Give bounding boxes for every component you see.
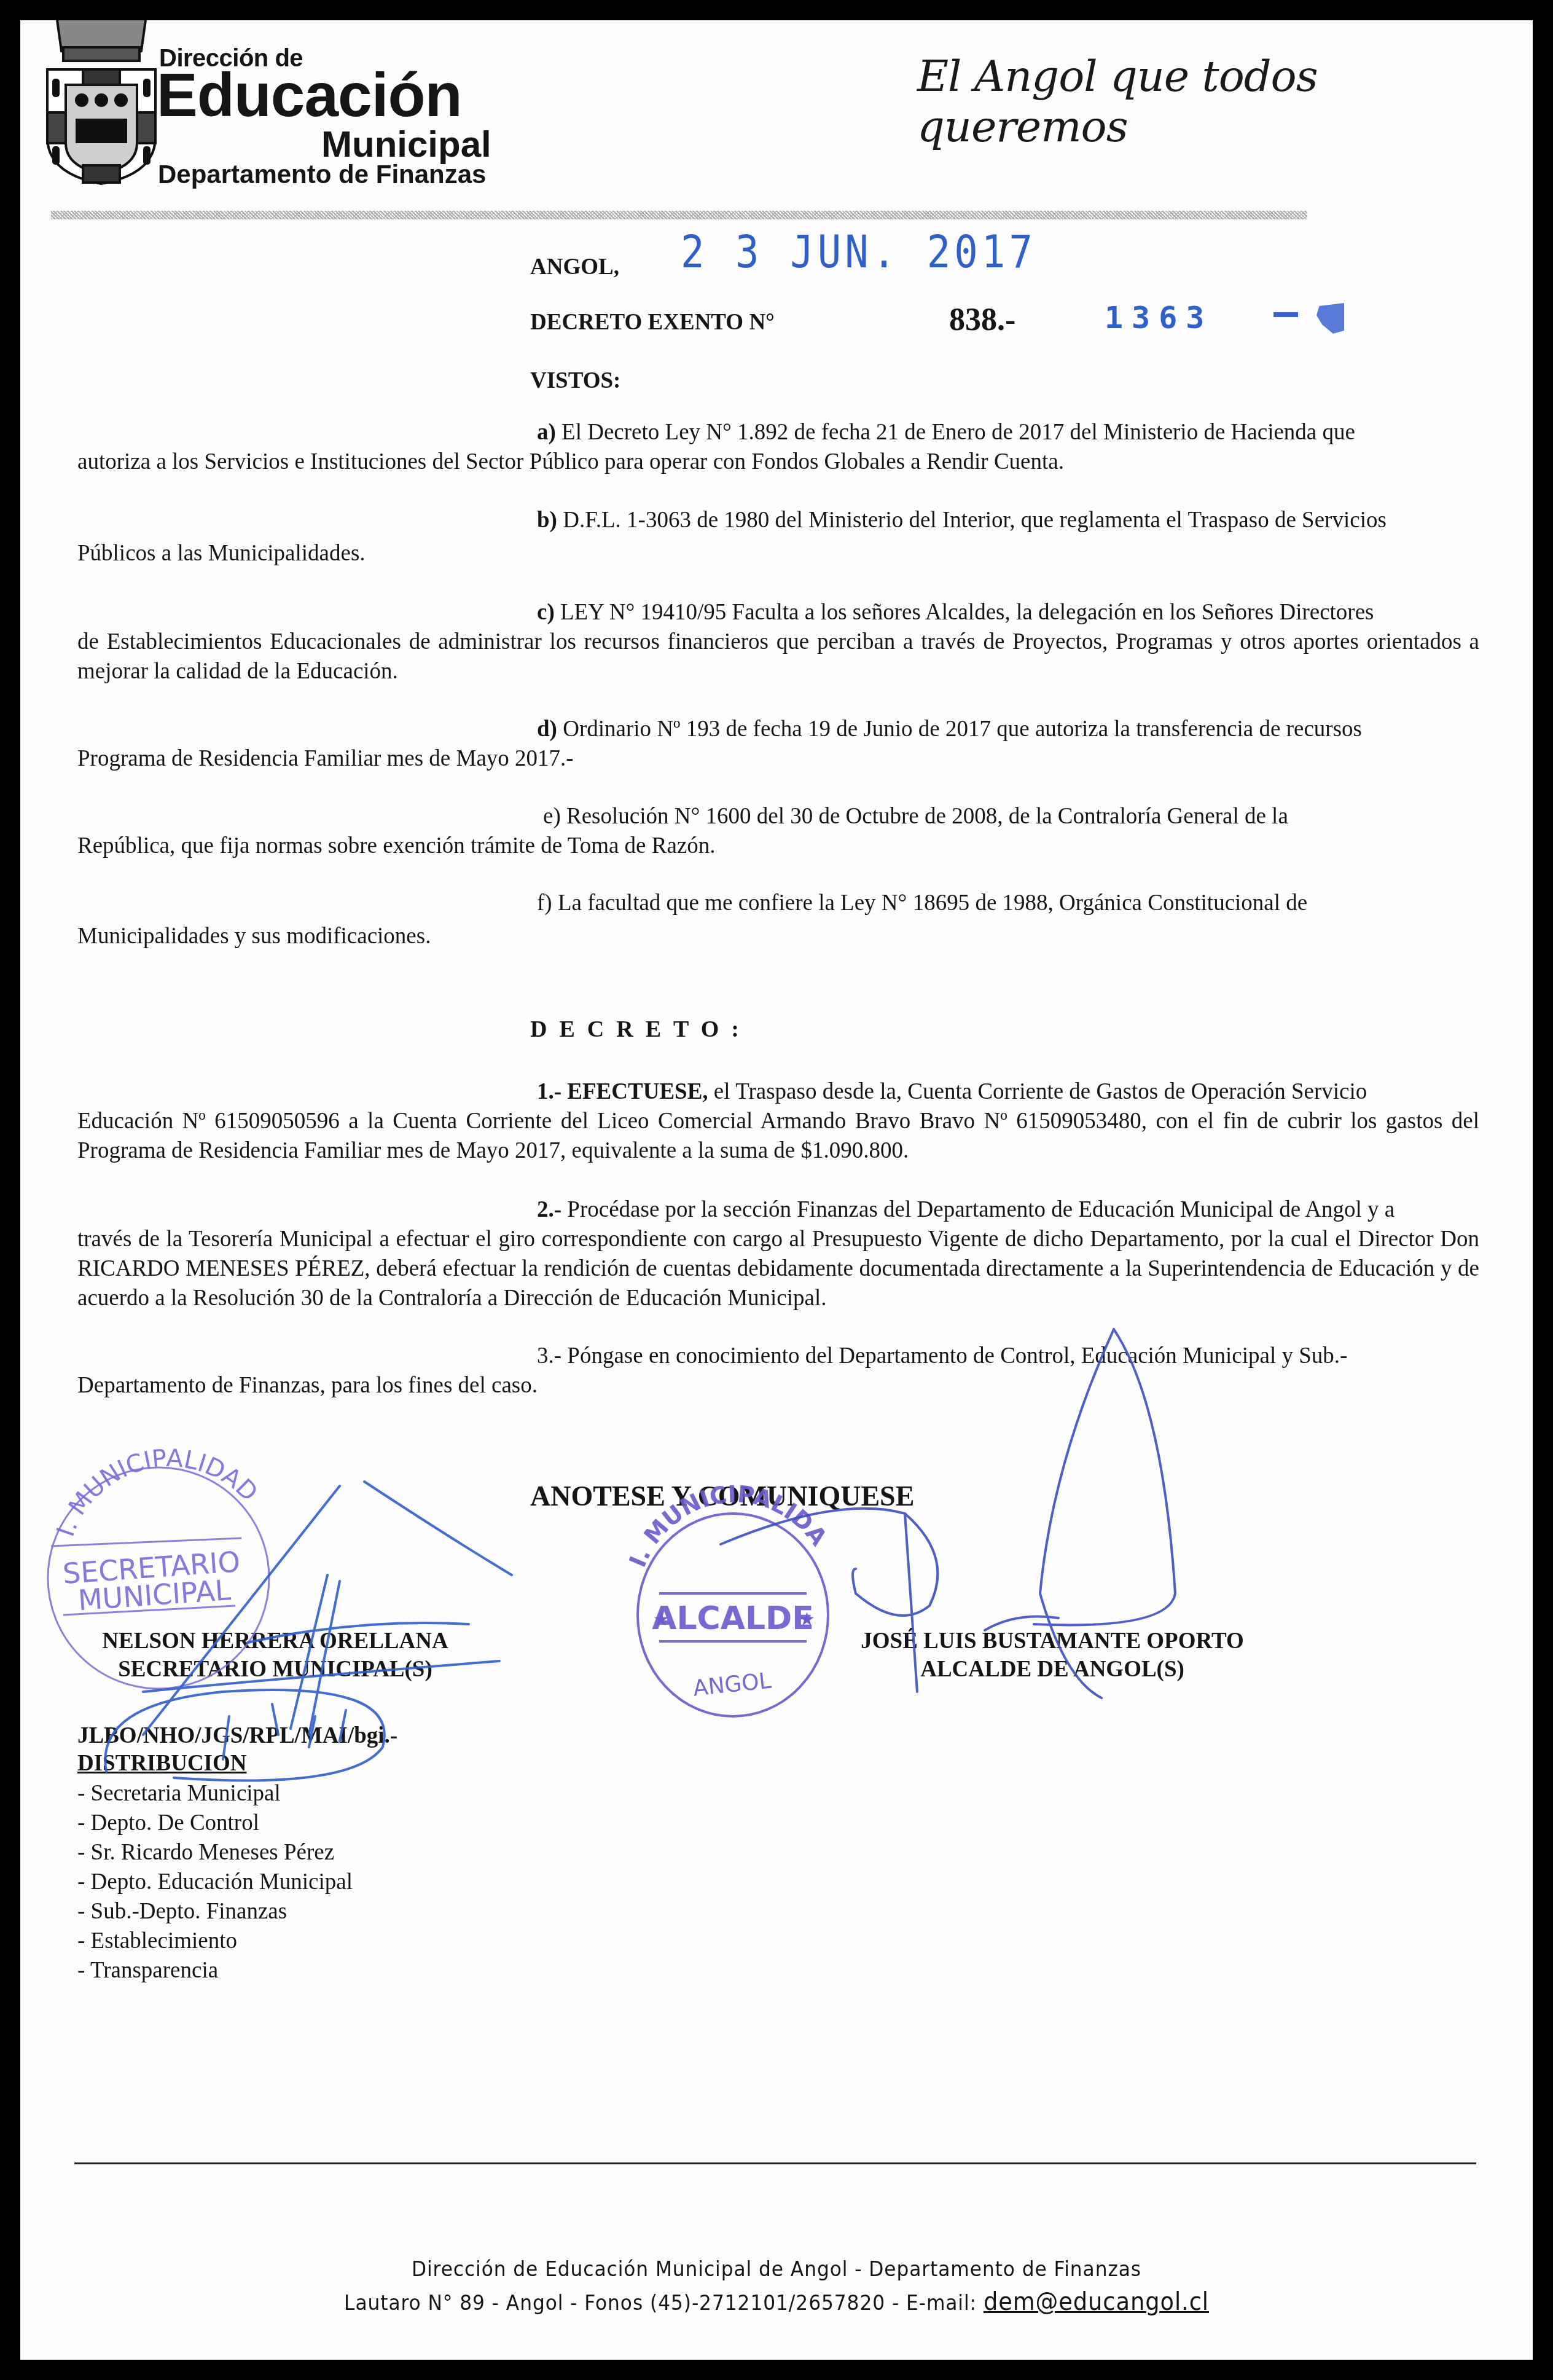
decreto-heading: DECRETO: <box>530 1016 751 1043</box>
header-divider <box>51 211 1307 219</box>
vistos-item-a: a) El Decreto Ley N° 1.892 de fecha 21 d… <box>77 418 1479 477</box>
secretary-stamp-top: I. MUNICIPALIDAD <box>52 1444 263 1540</box>
distribution-list: - Secretaria Municipal - Depto. De Contr… <box>77 1779 353 1985</box>
mayor-name: JOSÉ LUIS BUSTAMANTE OPORTO <box>831 1627 1273 1655</box>
secretary-name: NELSON HERRERA ORELLANA <box>76 1627 475 1655</box>
svg-text:★: ★ <box>653 1609 670 1630</box>
mayor-stamp-center: ALCALDE <box>652 1600 814 1637</box>
mayor-stamp-icon <box>638 1514 828 1716</box>
footer-divider <box>74 2162 1476 2164</box>
org-name-line2: Educación <box>157 65 462 126</box>
secretary-stamp-line2: MUNICIPAL <box>77 1573 232 1617</box>
vistos-item-f: f) La facultad que me confiere la Ley N°… <box>77 889 1479 951</box>
distribution-item: - Establecimiento <box>77 1926 353 1956</box>
mayor-title: ALCALDE DE ANGOL(S) <box>831 1655 1273 1684</box>
secretary-stamp-line1: SECRETARIO <box>61 1545 241 1590</box>
decreto-item-3: 3.- Póngase en conocimiento del Departam… <box>77 1341 1479 1400</box>
secretary-signature-block: NELSON HERRERA ORELLANA SECRETARIO MUNIC… <box>76 1627 475 1684</box>
vistos-item-e: e) Resolución N° 1600 del 30 de Octubre … <box>77 802 1479 861</box>
footer-contact: Lautaro N° 89 - Angol - Fonos (45)-27121… <box>80 2288 1472 2316</box>
decree-number: 838.- <box>949 302 1015 338</box>
vistos-item-b: b) D.F.L. 1-3063 de 1980 del Ministerio … <box>77 506 1479 568</box>
closing-formula: ANOTESE Y COMUNIQUESE <box>530 1480 914 1512</box>
secretary-title: SECRETARIO MUNICIPAL(S) <box>76 1655 475 1684</box>
distribution-heading: DISTRIBUCION <box>77 1750 247 1777</box>
coat-of-arms-icon <box>34 20 169 185</box>
footer-email-link[interactable]: dem@educangol.cl <box>984 2288 1209 2316</box>
svg-text:★: ★ <box>799 1609 815 1630</box>
distribution-item: - Transparencia <box>77 1956 353 1985</box>
vistos-item-c: c) LEY N° 19410/95 Faculta a los señores… <box>77 598 1479 686</box>
decreto-item-1: 1.- EFECTUESE, el Traspaso desde la, Cue… <box>77 1077 1479 1166</box>
decreto-item-2: 2.- Procédase por la sección Finanzas de… <box>77 1195 1479 1313</box>
stamp-mark <box>1273 312 1298 317</box>
distribution-item: - Depto. De Control <box>77 1809 353 1838</box>
distribution-item: - Secretaria Municipal <box>77 1779 353 1809</box>
city-label: ANGOL, <box>530 254 619 280</box>
stamps-and-signatures: I. MUNICIPALIDAD SECRETARIO MUNICIPAL I.… <box>20 20 1533 2360</box>
mayor-signature-block: JOSÉ LUIS BUSTAMANTE OPORTO ALCALDE DE A… <box>831 1627 1273 1684</box>
footer-address: Lautaro N° 89 - Angol - Fonos (45)-27121… <box>344 2291 984 2315</box>
slogan: El Angol que todos queremos <box>917 51 1533 152</box>
org-department: Departamento de Finanzas <box>158 160 486 189</box>
stamp-number: 1363 <box>1105 300 1213 336</box>
org-name-line3: Municipal <box>321 125 491 164</box>
stamp-mark <box>1316 303 1344 334</box>
distribution-item: - Sr. Ricardo Meneses Pérez <box>77 1838 353 1867</box>
vistos-heading: VISTOS: <box>530 367 620 394</box>
distribution-item: - Depto. Educación Municipal <box>77 1867 353 1897</box>
distribution-item: - Sub.-Depto. Finanzas <box>77 1897 353 1926</box>
reference-initials: JLBO/NHO/JGS/RPL/MAI/bgi.- <box>77 1722 397 1749</box>
vistos-item-d: d) Ordinario Nº 193 de fecha 19 de Junio… <box>77 715 1479 774</box>
mayor-stamp-bottom: ANGOL <box>692 1668 772 1701</box>
document-page: Dirección de Educación Municipal Departa… <box>20 20 1533 2360</box>
decree-label: DECRETO EXENTO N° <box>530 309 775 336</box>
date-stamp: 2 3 JUN. 2017 <box>681 226 1036 278</box>
footer-org: Dirección de Educación Municipal de Ango… <box>80 2257 1472 2282</box>
